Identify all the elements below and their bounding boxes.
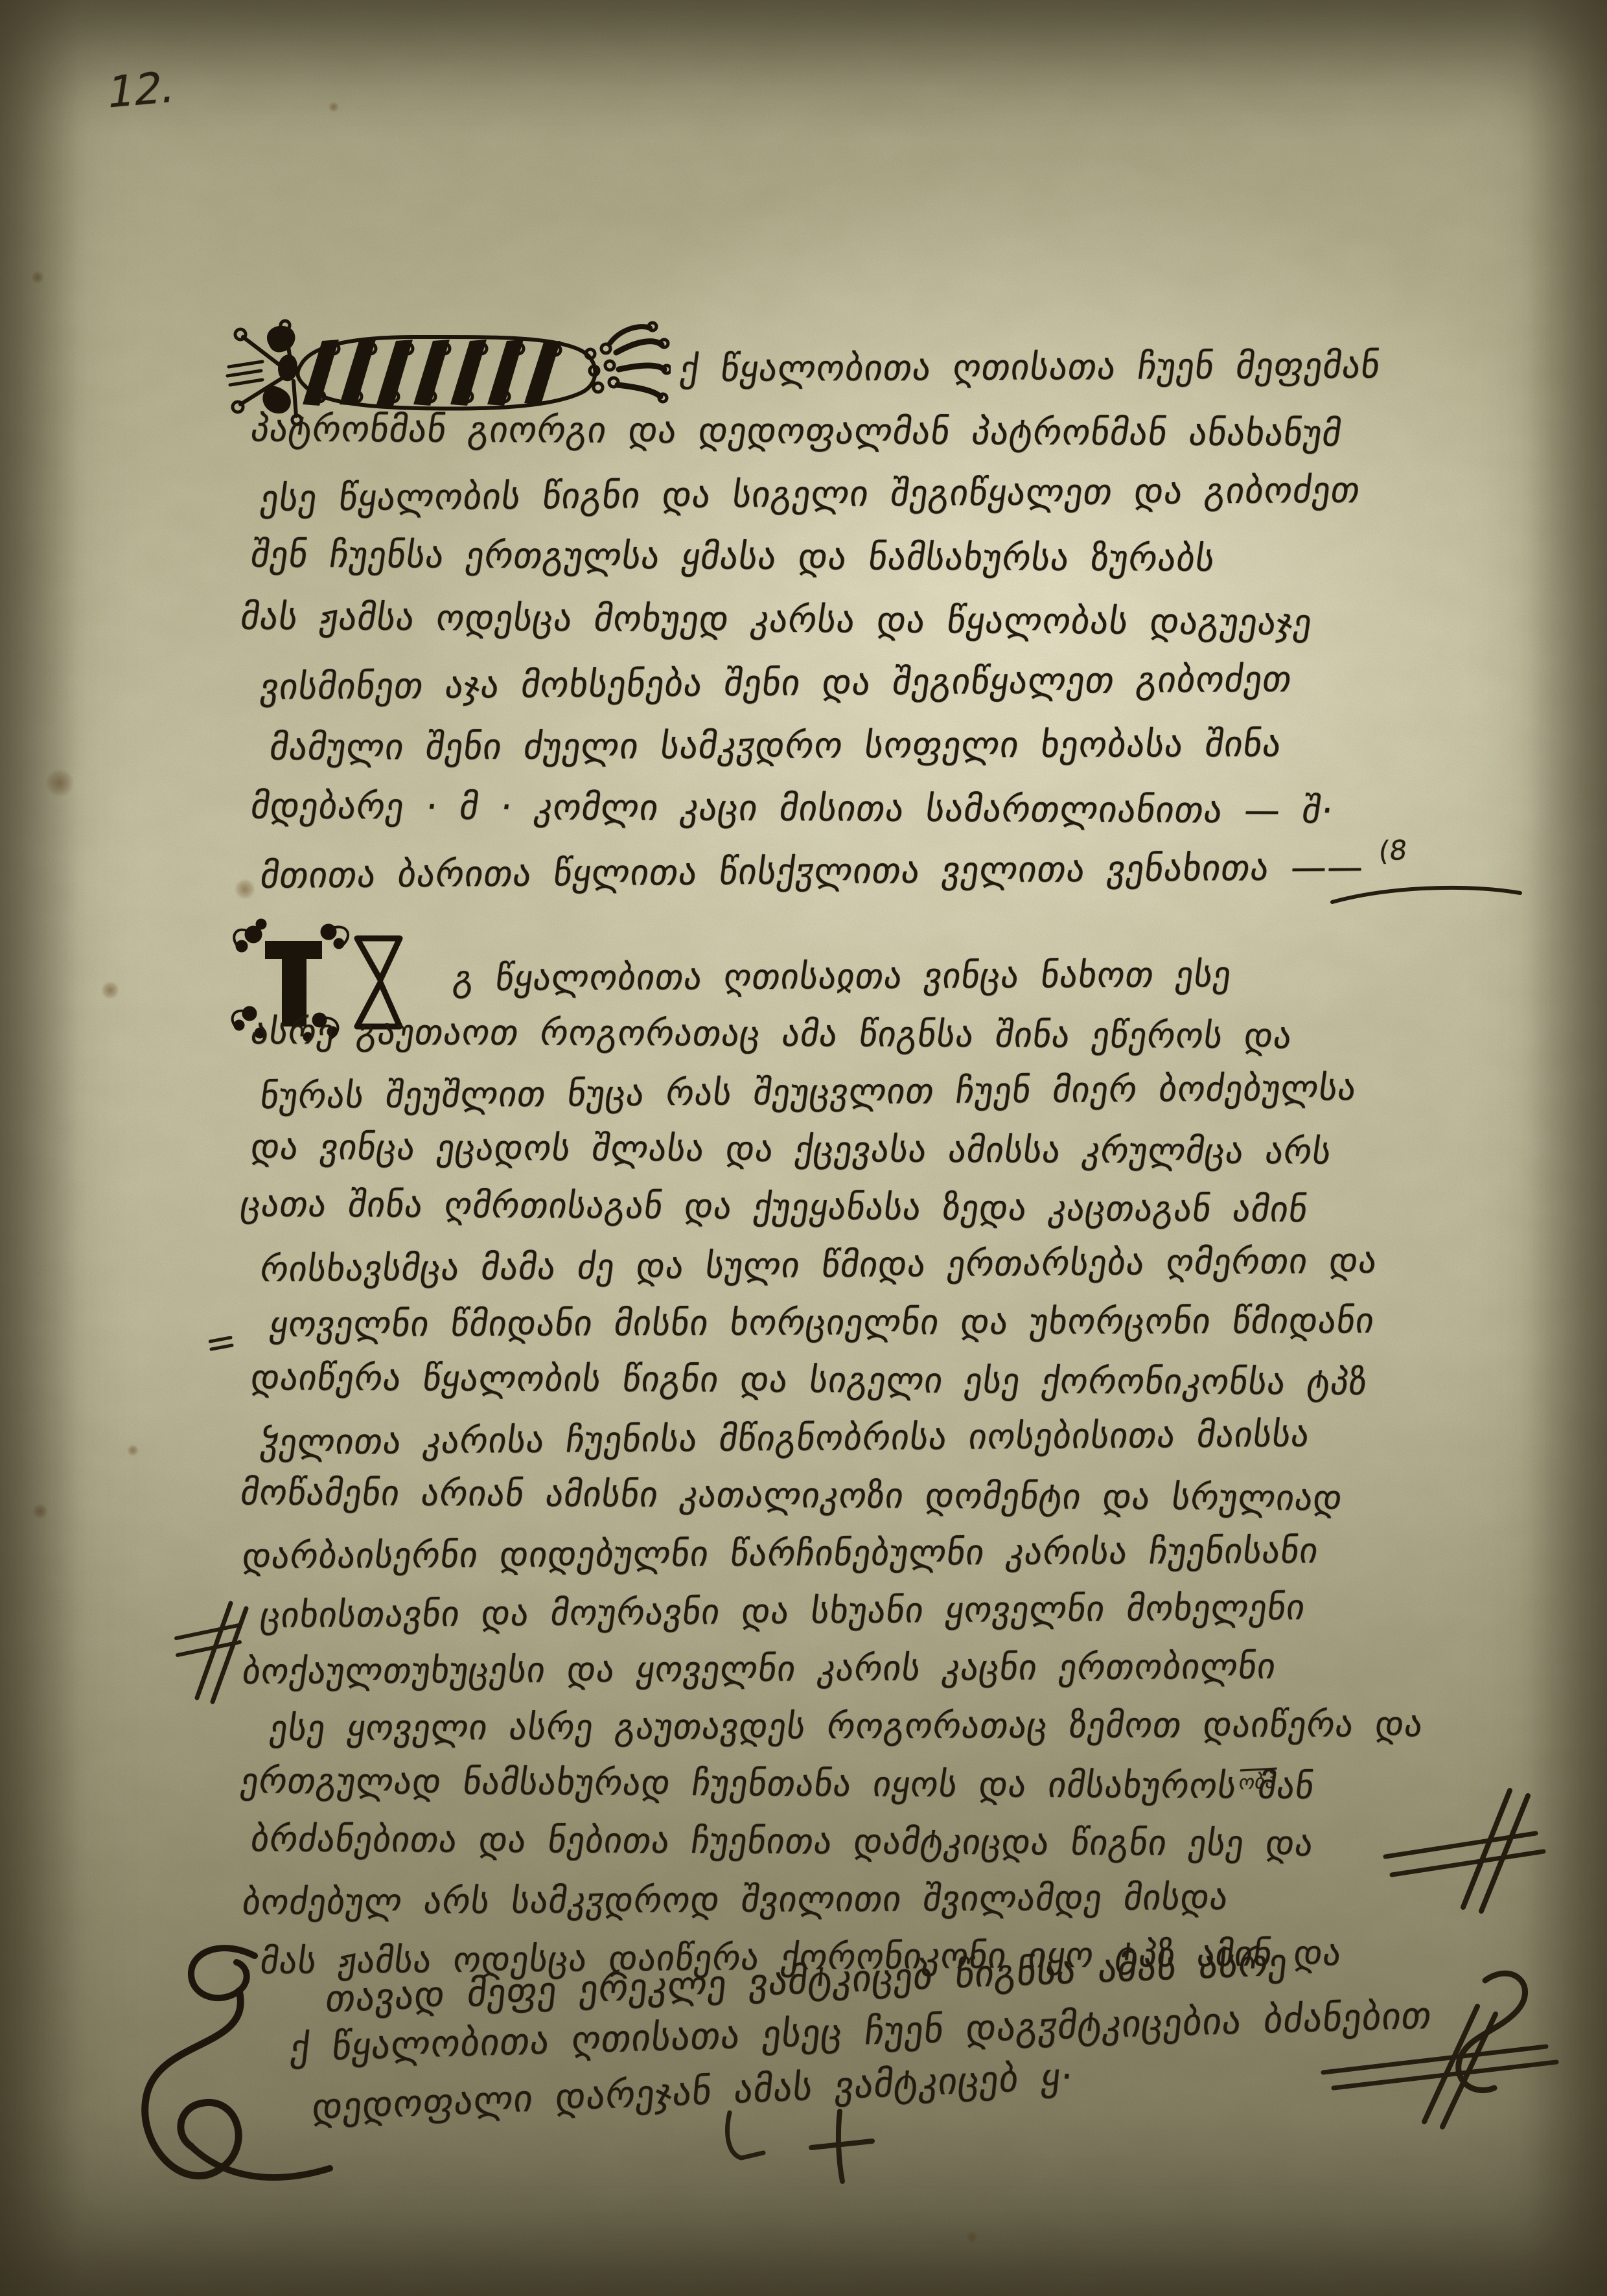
text-line: ბოქაულთუხუცესი და ყოველნი კარის კაცნი ერ… <box>238 1636 1427 1700</box>
foxing-stain <box>966 2231 978 2243</box>
text-line: გ წყალობითა ღთისაჲთა ვინცა ნახოთ ესე <box>238 944 1427 1008</box>
equals-margin-mark <box>209 1336 235 1353</box>
foxing-stain <box>31 271 44 284</box>
text-line: ბოძებულ არს სამკჳდროდ შვილითი შვილამდე მ… <box>238 1867 1427 1931</box>
foxing-stain <box>32 1503 48 1519</box>
text-line: მამული შენი ძუელი სამკჳდრო სოფელი ხეობას… <box>266 712 1385 779</box>
paragraph-1: ქ წყალობითა ღთისათა ჩუენ მეფემანპატრონმა… <box>243 337 1380 903</box>
text-line: დაიწერა წყალობის წიგნი და სიგელი ესე ქორ… <box>247 1349 1427 1411</box>
text-line: მდებარე · მ · კომლი კაცი მისითა სამართლი… <box>247 774 1385 842</box>
text-line: შენ ჩუენსა ერთგულსა ყმასა და ნამსახურსა … <box>247 523 1385 591</box>
text-line: ვისმინეთ აჯა მოხსენება შენი და შეგიწყალე… <box>257 647 1385 719</box>
text-line: რისხავსმცა მამა ძე და სული წმიდა ერთარსე… <box>257 1231 1428 1298</box>
text-line: პატრონმან გიორგი და დედოფალმან პატრონმან… <box>247 397 1385 465</box>
text-line: ციხისთავნი და მოურავნი და სხუანი ყოველნი… <box>257 1577 1428 1644</box>
text-line: ყოველნი წმიდანი მისნი ხორციელნი და უხორც… <box>266 1292 1427 1353</box>
text-line: ერთგულად ნამსახურად ჩუენთანა იყოს და იმს… <box>237 1752 1426 1816</box>
cross-tail-marks <box>713 2106 881 2190</box>
foxing-stain <box>45 769 74 797</box>
text-line: და ვინცა ეცადოს შლასა და ქცევასა ამისსა … <box>247 1118 1427 1181</box>
text-line: ნურას შეუშლით ნუცა რას შეუცვლით ჩუენ მიე… <box>257 1058 1428 1125</box>
manuscript-page: 12. <box>0 0 1607 2296</box>
paragraph-2: გ წყალობითა ღთისაჲთა ვინცა ნახოთ ესეასრე… <box>243 947 1423 1986</box>
text-line: ბრძანებითა და ნებითა ჩუენითა დამტკიცდა წ… <box>247 1810 1427 1873</box>
text-line: ჴელითა კარისა ჩუენისა მწიგნობრისა იოსები… <box>257 1404 1428 1471</box>
page-number: 12. <box>104 62 179 119</box>
text-line: ქ წყალობითა ღთისათა ჩუენ მეფემან <box>238 334 1385 402</box>
text-line: დარბაისერნი დიდებულნი წარჩინებულნი კარის… <box>238 1521 1427 1585</box>
text-line: ესე ყოველი ასრე გაუთავდეს როგორათაც ზემო… <box>266 1695 1427 1757</box>
text-line: ცათა შინა ღმრთისაგან და ქუეყანასა ზედა კ… <box>237 1175 1426 1239</box>
foxing-stain <box>329 102 339 112</box>
foxing-stain <box>101 981 119 999</box>
text-line: მოწამენი არიან ამისნი კათალიკოზი დომენტი… <box>237 1463 1426 1527</box>
foxing-stain <box>127 1444 139 1456</box>
text-line: ესე წყალობის წიგნი და სიგელი შეგიწყალეთ … <box>257 458 1385 530</box>
text-line: მას ჟამსა ოდესცა მოხუედ კარსა და წყალობა… <box>237 585 1384 654</box>
text-line: მთითა ბარითა წყლითა წისქჳლითა ველითა ვენ… <box>257 835 1385 907</box>
text-line: ასრე გაუთაოთ როგორათაც ამა წიგნსა შინა ე… <box>247 1003 1427 1065</box>
